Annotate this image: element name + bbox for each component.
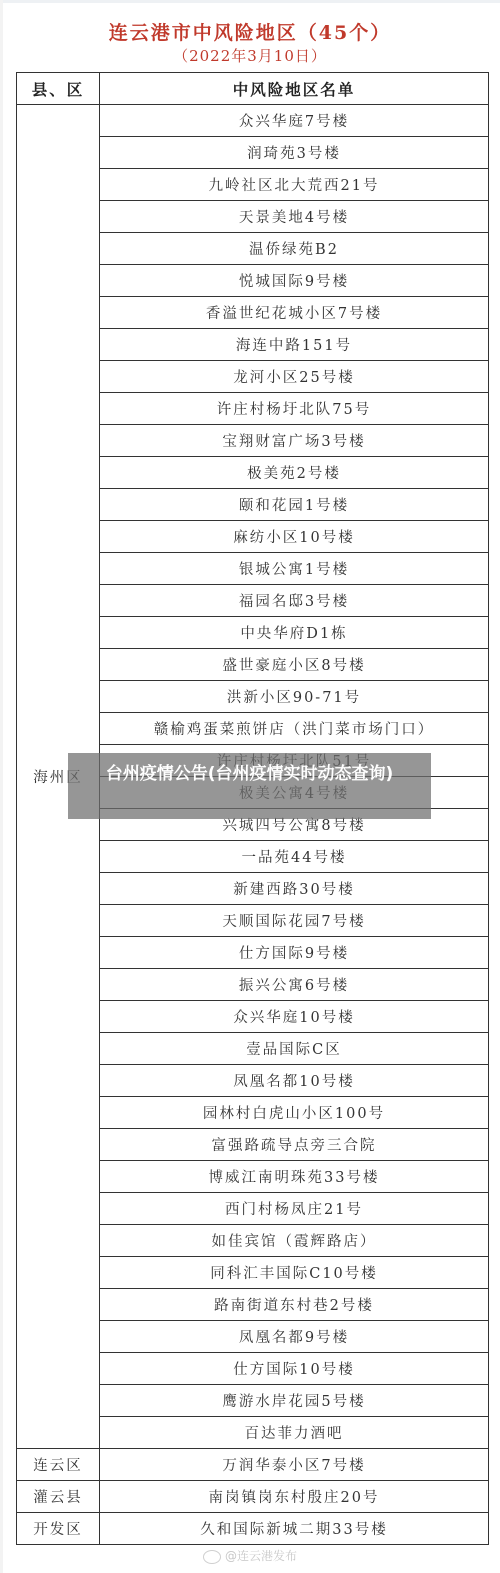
area-cell: 盛世豪庭小区8号楼 — [100, 649, 489, 681]
area-cell: 颐和花园1号楼 — [100, 489, 489, 521]
area-cell: 仕方国际9号楼 — [100, 937, 489, 969]
area-cell: 西门村杨凤庄21号 — [100, 1193, 489, 1225]
document-date: （2022年3月10日） — [0, 45, 500, 66]
area-cell: 南岗镇岗东村殷庄20号 — [100, 1481, 489, 1513]
area-cell: 新建西路30号楼 — [100, 873, 489, 905]
area-cell: 博威江南明珠苑33号楼 — [100, 1161, 489, 1193]
district-cell: 连云区 — [17, 1449, 100, 1481]
area-cell: 洪新小区90-71号 — [100, 681, 489, 713]
area-cell: 仕方国际10号楼 — [100, 1353, 489, 1385]
area-cell: 天顺国际花园7号楼 — [100, 905, 489, 937]
district-cell: 开发区 — [17, 1513, 100, 1545]
area-cell: 润琦苑3号楼 — [100, 137, 489, 169]
area-cell: 众兴华庭7号楼 — [100, 105, 489, 137]
watermark: @连云港发布 — [0, 1547, 500, 1564]
area-cell: 久和国际新城二期33号楼 — [100, 1513, 489, 1545]
area-cell: 天景美地4号楼 — [100, 201, 489, 233]
table-row: 海州区众兴华庭7号楼 — [17, 105, 489, 137]
document-title: 连云港市中风险地区（45个） — [0, 18, 500, 45]
area-cell: 银城公寓1号楼 — [100, 553, 489, 585]
area-cell: 凤凰名都9号楼 — [100, 1321, 489, 1353]
area-cell: 极美苑2号楼 — [100, 457, 489, 489]
area-cell: 壹品国际C区 — [100, 1033, 489, 1065]
area-cell: 温侨绿苑B2 — [100, 233, 489, 265]
area-cell: 鹰游水岸花园5号楼 — [100, 1385, 489, 1417]
weibo-icon — [203, 1550, 221, 1564]
caption-overlay: 台州疫情公告(台州疫情实时动态查询) — [68, 753, 431, 819]
area-cell: 振兴公寓6号楼 — [100, 969, 489, 1001]
area-cell: 龙河小区25号楼 — [100, 361, 489, 393]
area-cell: 赣榆鸡蛋菜煎饼店（洪门菜市场门口） — [100, 713, 489, 745]
area-cell: 园林村白虎山小区100号 — [100, 1097, 489, 1129]
area-cell: 福园名邸3号楼 — [100, 585, 489, 617]
area-cell: 富强路疏导点旁三合院 — [100, 1129, 489, 1161]
area-cell: 海连中路151号 — [100, 329, 489, 361]
area-cell: 九岭社区北大荒西21号 — [100, 169, 489, 201]
header-area-list: 中风险地区名单 — [100, 73, 489, 105]
top-border — [0, 0, 500, 3]
area-cell: 麻纺小区10号楼 — [100, 521, 489, 553]
area-cell: 同科汇丰国际C10号楼 — [100, 1257, 489, 1289]
area-cell: 如佳宾馆（霞辉路店） — [100, 1225, 489, 1257]
area-cell: 万润华泰小区7号楼 — [100, 1449, 489, 1481]
table-header-row: 县、区 中风险地区名单 — [17, 73, 489, 105]
area-cell: 香溢世纪花城小区7号楼 — [100, 297, 489, 329]
watermark-text: @连云港发布 — [225, 1549, 297, 1563]
table-row: 灌云县南岗镇岗东村殷庄20号 — [17, 1481, 489, 1513]
table-row: 开发区久和国际新城二期33号楼 — [17, 1513, 489, 1545]
area-cell: 百达菲力酒吧 — [100, 1417, 489, 1449]
table-body: 海州区众兴华庭7号楼润琦苑3号楼九岭社区北大荒西21号天景美地4号楼温侨绿苑B2… — [17, 105, 489, 1545]
left-edge — [0, 0, 3, 1573]
area-cell: 众兴华庭10号楼 — [100, 1001, 489, 1033]
area-cell: 路南街道东村巷2号楼 — [100, 1289, 489, 1321]
area-cell: 一品苑44号楼 — [100, 841, 489, 873]
area-cell: 宝翔财富广场3号楼 — [100, 425, 489, 457]
district-cell: 灌云县 — [17, 1481, 100, 1513]
header-district: 县、区 — [17, 73, 100, 105]
area-cell: 许庄村杨圩北队75号 — [100, 393, 489, 425]
area-cell: 悦城国际9号楼 — [100, 265, 489, 297]
table-row: 连云区万润华泰小区7号楼 — [17, 1449, 489, 1481]
area-cell: 中央华府D1栋 — [100, 617, 489, 649]
area-cell: 凤凰名都10号楼 — [100, 1065, 489, 1097]
